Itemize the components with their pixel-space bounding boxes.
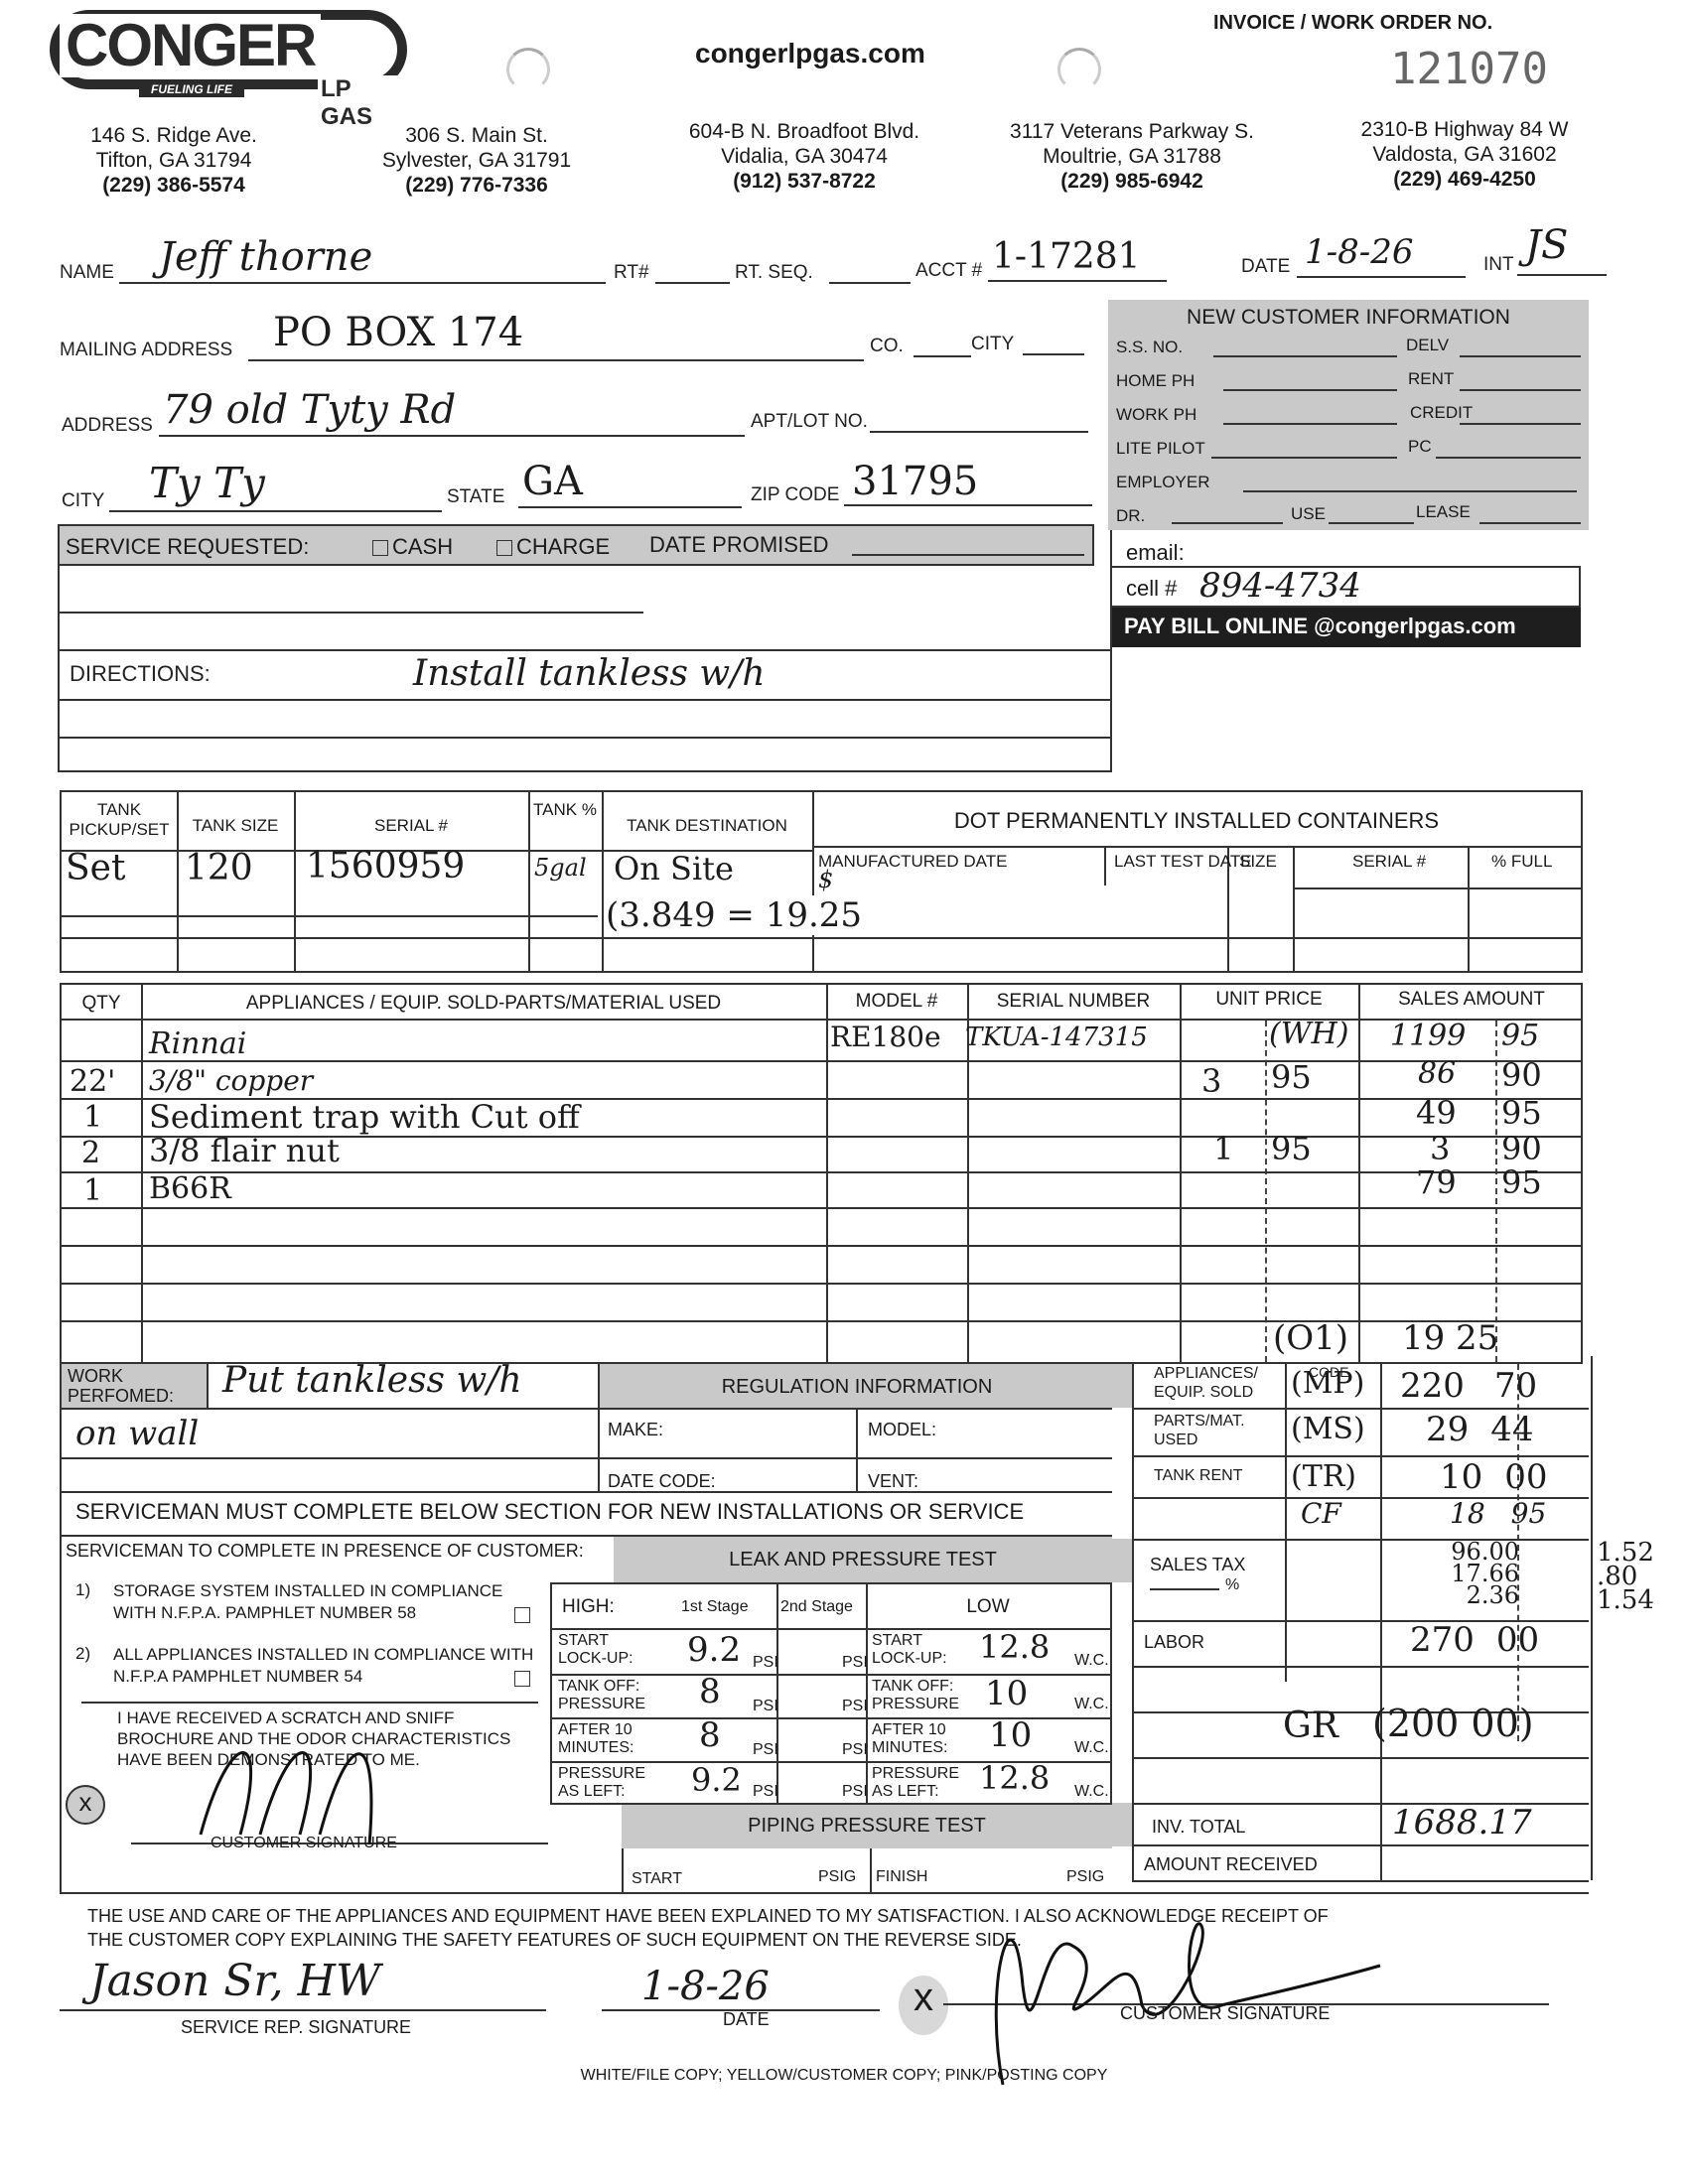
work-line-2[interactable]: on wall (75, 1414, 199, 1453)
ss-field[interactable] (1213, 345, 1397, 357)
gr-amount[interactable]: (200 00) (1372, 1702, 1534, 1745)
work-phone-field[interactable] (1223, 413, 1397, 425)
tank-size[interactable]: 120 (185, 848, 253, 888)
location-moultrie: 3117 Veterans Parkway S. Moultrie, GA 31… (983, 119, 1281, 194)
directions-value[interactable]: Install tankless w/h (413, 653, 766, 694)
item-row[interactable]: Rinnai RE180e TKUA-147315 (WH) 1199 95 (60, 1019, 1583, 1058)
date-field[interactable]: 1-8-26 (1297, 230, 1466, 278)
rt-field[interactable] (655, 260, 730, 284)
low-start-lockup[interactable]: 12.8 (979, 1628, 1050, 1666)
tank-serial[interactable]: 1560959 (306, 846, 465, 887)
amount-received-field[interactable] (1382, 1846, 1589, 1878)
apt-label: APT/LOT NO. (751, 411, 868, 433)
piping-start-field[interactable] (683, 1852, 812, 1888)
cf-amount[interactable]: 1895 (1450, 1497, 1546, 1530)
rt-seq-label: RT. SEQ. (735, 262, 813, 284)
inv-total[interactable]: 1688.17 (1392, 1803, 1532, 1843)
x-mark-icon: x (899, 1976, 948, 2035)
lite-pilot-field[interactable] (1211, 447, 1397, 459)
logo-tagline: FUELING LIFE (139, 81, 244, 97)
dot-title: DOT PERMANENTLY INSTALLED CONTAINERS (812, 808, 1581, 834)
tank-pickup-set[interactable]: Set (66, 848, 125, 888)
logo-main: CONGER (60, 14, 321, 77)
appliances-sold-amount[interactable]: 22070 (1400, 1366, 1537, 1406)
home-phone-field[interactable] (1223, 379, 1397, 391)
parts-used-amount[interactable]: 2944 (1426, 1410, 1534, 1449)
labor-amount[interactable]: 27000 (1410, 1620, 1539, 1660)
work-section: WORK PERFOMED: Put tankless w/h REGULATI… (60, 1364, 1112, 1493)
address-field[interactable]: 79 old Tyty Rd (159, 387, 745, 437)
piping-test-title: PIPING PRESSURE TEST (622, 1805, 1112, 1848)
tank-pct[interactable]: 5gal (534, 854, 587, 882)
service-lines: DIRECTIONS: Install tankless w/h (58, 566, 1112, 772)
item-row[interactable]: 22' 3/8" copper 3 95 86 90 (60, 1060, 1583, 1100)
low-tank-off[interactable]: 10 (985, 1674, 1028, 1713)
state-field[interactable]: GA (518, 459, 742, 508)
city2-label: CITY (971, 334, 1014, 355)
item-row[interactable]: 1 B66R 79 95 (60, 1171, 1583, 1207)
city-field[interactable]: Ty Ty (109, 459, 442, 512)
rt-seq-field[interactable] (829, 260, 911, 284)
make-field[interactable]: MAKE: (608, 1420, 663, 1440)
high-after-10[interactable]: 8 (699, 1715, 721, 1755)
employer-field[interactable] (1243, 480, 1577, 492)
delv-field[interactable] (1460, 345, 1581, 357)
date-promised-field[interactable] (852, 536, 1084, 556)
int-field[interactable]: JS (1517, 230, 1607, 276)
co-field[interactable] (914, 334, 971, 357)
leak-test-table: HIGH: 1st Stage 2nd Stage LOW START LOCK… (550, 1582, 1112, 1805)
mailing-field[interactable]: PO BOX 174 (248, 310, 864, 361)
vent-field[interactable]: VENT: (868, 1471, 918, 1492)
high-start-lockup[interactable]: 9.2 (687, 1630, 741, 1670)
name-field[interactable]: Jeff thorne (119, 234, 606, 284)
location-vidalia: 604-B N. Broadfoot Blvd. Vidalia, GA 304… (660, 119, 948, 194)
invoice-label: INVOICE / WORK ORDER NO. (1213, 12, 1492, 35)
low-after-10[interactable]: 10 (989, 1715, 1032, 1755)
service-requested-bar: SERVICE REQUESTED: CASH CHARGE DATE PROM… (58, 524, 1094, 566)
gr-code: GR (1283, 1706, 1338, 1746)
item-row[interactable]: (O1) 19 25 (60, 1318, 1583, 1358)
email-label: email: (1126, 540, 1185, 566)
new-customer-panel: NEW CUSTOMER INFORMATION S.S. NO. DELV H… (1108, 300, 1589, 530)
acct-label: ACCT # (915, 260, 982, 282)
city-label: CITY (62, 490, 104, 512)
mailing-label: MAILING ADDRESS (60, 340, 232, 361)
use-field[interactable] (1329, 512, 1414, 524)
summary-panel: CODE APPLIANCES/ EQUIP. SOLD (MP) 22070 … (1112, 1364, 1589, 1880)
location-tifton: 146 S. Ridge Ave. Tifton, GA 31794 (229)… (60, 123, 288, 198)
rent-field[interactable] (1460, 379, 1581, 391)
tank-mfg-date[interactable]: $ (818, 866, 833, 893)
piping-finish-field[interactable] (937, 1852, 1056, 1888)
x-mark-icon: x (66, 1785, 105, 1825)
tank-table: TANK PICKUP/SET TANK SIZE SERIAL # TANK … (60, 790, 1583, 973)
cell-value: 894-4734 (1199, 566, 1361, 606)
lease-field[interactable] (1479, 512, 1581, 524)
cell-row[interactable]: cell # 894-4734 (1112, 566, 1581, 608)
acct-field[interactable]: 1-17281 (988, 234, 1167, 282)
nfpa54-checkbox[interactable] (514, 1668, 534, 1688)
invoice-number: 121070 (1390, 44, 1548, 94)
contact-box: email: cell # 894-4734 PAY BILL ONLINE @… (1110, 530, 1579, 651)
address-label: ADDRESS (62, 415, 153, 437)
city2-field[interactable] (1023, 332, 1084, 355)
apt-field[interactable] (870, 409, 1088, 433)
co-label: CO. (870, 336, 904, 357)
tank-calc: (3.849 = 19.25 (606, 895, 892, 935)
item-row[interactable]: 1 Sediment trap with Cut off 49 95 (60, 1098, 1583, 1136)
dr-field[interactable] (1172, 512, 1283, 524)
item-row[interactable]: 2 3/8 flair nut 1 95 3 90 (60, 1136, 1583, 1171)
rt-label: RT# (614, 262, 649, 284)
cash-checkbox[interactable]: CASH (372, 534, 453, 560)
name-label: NAME (60, 262, 114, 284)
pay-online-banner[interactable]: PAY BILL ONLINE @congerlpgas.com (1112, 608, 1581, 647)
pc-field[interactable] (1436, 447, 1581, 459)
location-sylvester: 306 S. Main St. Sylvester, GA 31791 (229… (352, 123, 601, 198)
high-as-left[interactable]: 9.2 (691, 1761, 742, 1799)
signature-scribble-icon (131, 1725, 548, 1844)
company-logo: CONGER FUELING LIFE LP GAS (50, 10, 407, 99)
serviceman-section: SERVICEMAN TO COMPLETE IN PRESENCE OF CU… (60, 1537, 626, 1892)
date-code-field[interactable]: DATE CODE: (608, 1471, 716, 1492)
footer-customer-signature[interactable] (943, 1966, 1549, 2005)
serviceman-banner: SERVICEMAN MUST COMPLETE BELOW SECTION F… (60, 1493, 1112, 1537)
model-field[interactable]: MODEL: (868, 1420, 936, 1440)
work-line-1[interactable]: Put tankless w/h (222, 1360, 522, 1401)
copies-note: WHITE/FILE COPY; YELLOW/CUSTOMER COPY; P… (397, 2067, 1291, 2085)
website: congerlpgas.com (695, 38, 925, 69)
state-label: STATE (447, 486, 504, 508)
nfpa58-checkbox[interactable] (514, 1604, 534, 1624)
tax-side-notes: 1.52 .80 1.54 (1597, 1541, 1654, 1612)
tank-rent-amount[interactable]: 1000 (1440, 1457, 1548, 1497)
low-as-left[interactable]: 12.8 (979, 1759, 1050, 1797)
footer-date-field[interactable]: 1-8-26 (602, 1976, 880, 2011)
zip-field[interactable]: 31795 (844, 459, 1092, 506)
new-customer-title: NEW CUSTOMER INFORMATION (1108, 306, 1589, 330)
credit-field[interactable] (1460, 413, 1581, 425)
tank-destination[interactable]: On Site (614, 850, 734, 887)
tax-calc-lines: 96.00 17.66 2.36 (1440, 1541, 1519, 1606)
int-label: INT (1483, 254, 1514, 276)
location-valdosta: 2310-B Highway 84 W Valdosta, GA 31602 (… (1331, 117, 1599, 192)
high-tank-off[interactable]: 8 (699, 1672, 721, 1711)
zip-label: ZIP CODE (751, 484, 839, 506)
charge-checkbox[interactable]: CHARGE (496, 534, 610, 560)
date-label: DATE (1241, 256, 1290, 278)
leak-test-title: LEAK AND PRESSURE TEST (614, 1537, 1112, 1582)
directions-label: DIRECTIONS: (70, 661, 211, 687)
service-rep-signature[interactable]: Jason Sr, HW (60, 1976, 546, 2011)
